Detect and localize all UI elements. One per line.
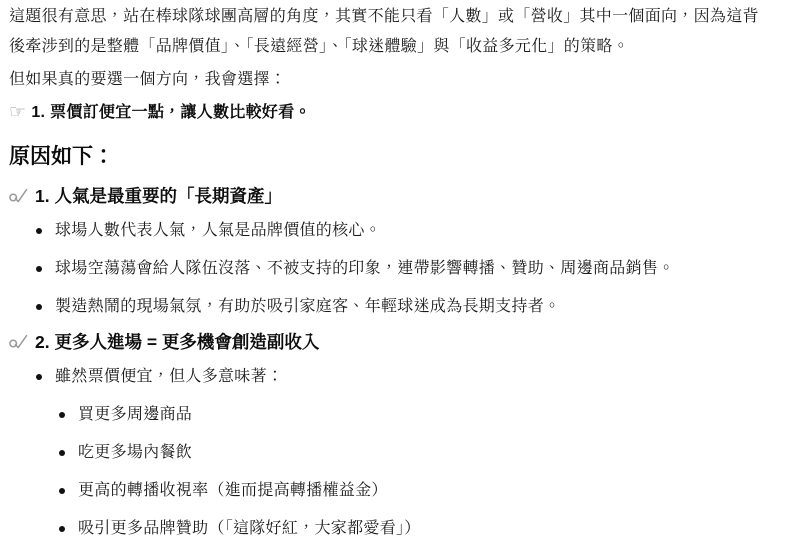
- section-2-bullet-list: 雖然票價便宜，但人多意味著： 買更多周邊商品 吃更多場內餐飲 更高的轉播收視率（…: [9, 362, 775, 544]
- check-icon: [9, 188, 28, 204]
- answer-body: 這題很有意思，站在棒球隊球團高層的角度，其實不能只看「人數」或「營收」其中一個面…: [0, 0, 785, 544]
- recommendation-text: 1. 票價訂便宜一點，讓人數比較好看。: [31, 104, 311, 121]
- list-item: 雖然票價便宜，但人多意味著： 買更多周邊商品 吃更多場內餐飲 更高的轉播收視率（…: [55, 362, 775, 544]
- list-item: 球場人數代表人氣，人氣是品牌價值的核心。: [55, 216, 775, 246]
- section-1-heading: 1. 人氣是最重要的「長期資產」: [9, 184, 775, 208]
- list-item-text: 雖然票價便宜，但人多意味著：: [55, 368, 283, 385]
- nested-list-item: 吃更多場內餐飲: [78, 438, 775, 468]
- nested-list-item: 吸引更多品牌贊助（「這隊好紅，大家都愛看」）: [78, 514, 775, 544]
- section-2-nested-list: 買更多周邊商品 吃更多場內餐飲 更高的轉播收視率（進而提高轉播權益金） 吸引更多…: [55, 400, 775, 544]
- choose-prompt: 但如果真的要選一個方向，我會選擇：: [9, 65, 775, 95]
- section-1-bullet-list: 球場人數代表人氣，人氣是品牌價值的核心。 球場空蕩蕩會給人隊伍沒落、不被支持的印…: [9, 216, 775, 322]
- section-2-title: 2. 更多人進場 = 更多機會創造副收入: [35, 330, 319, 354]
- list-item: 球場空蕩蕩會給人隊伍沒落、不被支持的印象，連帶影響轉播、贊助、周邊商品銷售。: [55, 254, 775, 284]
- check-icon: [9, 334, 28, 350]
- section-2-heading: 2. 更多人進場 = 更多機會創造副收入: [9, 330, 775, 354]
- nested-list-item: 買更多周邊商品: [78, 400, 775, 430]
- section-1-title: 1. 人氣是最重要的「長期資產」: [35, 184, 282, 208]
- reasons-heading: 原因如下：: [9, 144, 775, 170]
- list-item: 製造熱鬧的現場氣氛，有助於吸引家庭客、年輕球迷成為長期支持者。: [55, 292, 775, 322]
- intro-paragraph: 這題很有意思，站在棒球隊球團高層的角度，其實不能只看「人數」或「營收」其中一個面…: [9, 2, 775, 62]
- pointing-hand-icon: ☞: [9, 102, 26, 123]
- recommendation-line: ☞1. 票價訂便宜一點，讓人數比較好看。: [9, 98, 775, 128]
- nested-list-item: 更高的轉播收視率（進而提高轉播權益金）: [78, 476, 775, 506]
